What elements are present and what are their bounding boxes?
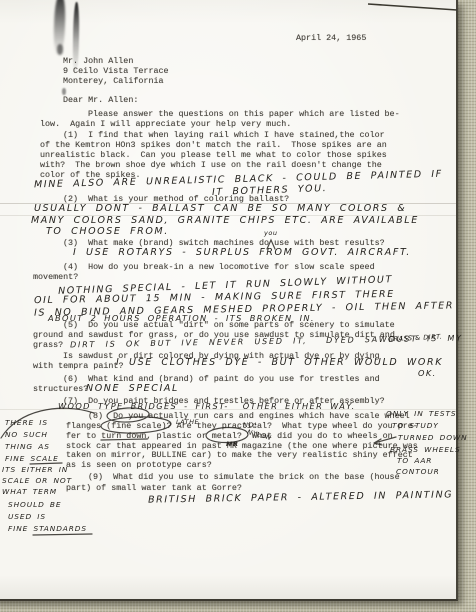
q1-line-1: (1) I find that when laying rail which I… [63,130,385,140]
margin-left-8: SHOULD BE [8,500,61,509]
margin-left-9: USED IS [8,512,46,521]
margin-left-10: FINE STANDARDS [8,524,87,533]
q8-line-6: as is seen on prototype cars? [66,460,212,470]
recipient-line-3: Monterey, California [63,76,164,86]
margin-left-3: THING AS [5,442,50,451]
overstrike-mr: MR [226,440,238,448]
letter-text-layer: April 24, 1965Mr. John Allen9 Ceilo Vist… [0,0,476,612]
margin-left-5: ITS EITHER IN [2,465,68,474]
answer-2-line-2: MANY COLORS SAND, GRANITE CHIPS ETC. ARE… [31,215,419,226]
margin-right-1: ONLY IN TESTS [386,409,456,418]
q8-line-2: flanges (fine scale)? Are they practical… [66,421,418,431]
answer-5b-ok: OK. [418,368,437,378]
answer-6: NONE SPECIAL [86,383,179,394]
margin-left-1: THERE IS [5,418,48,427]
scanned-letter: April 24, 1965Mr. John Allen9 Ceilo Vist… [0,0,476,612]
date: April 24, 1965 [296,33,366,43]
q9-line-1: (9) What did you use to simulate the bri… [88,472,400,482]
intro-line-2: low. Again I will appreciate your help v… [40,119,291,129]
recipient-line-2: 9 Ceilo Vista Terrace [63,66,169,76]
margin-right-5: TO AAR [397,456,432,465]
q6-line-2: structures? [33,384,88,394]
answer-2-line-1: USUALLY DONT - BALLAST CAN BE SO MANY CO… [34,203,406,214]
answer-2-line-3: TO CHOOSE FROM. [46,226,169,237]
q5-line-1: (5) Do you use actual "dirt" on some par… [63,320,395,330]
answer-7: WOOD TYPE BRIDGES - FIRST- OTHER EITHER … [58,401,356,411]
margin-right-2: TO STUDY [392,421,439,430]
answer-5b: I USE CLOTHES DYE - BUT OTHER WOULD WORK [116,357,443,368]
q8-line-1: (8) Do you actually run cars and engines… [88,411,410,421]
q5-line-3: grass? [33,340,63,350]
insert-you: you [264,229,277,237]
q1-line-4: with? The brown shoe dye which I use on … [40,160,382,170]
margin-left-6: SCALE OR NOT [2,476,72,485]
margin-left-4: FINE SCALE [5,454,59,463]
intro-line-1: Please answer the questions on this pape… [88,109,400,119]
answer-3: I USE ROTARYS - SURPLUS FROM GOVT. AIRCR… [73,247,411,258]
note-lathe: LATHE [176,418,199,426]
q8-line-5: taken on mirror, BULLINE car) to make th… [66,450,413,460]
q4-line-2: movement? [33,272,78,282]
margin-right-4: BRASS WHEELS [390,445,461,454]
salutation: Dear Mr. Allen: [63,95,138,105]
q5b-line-2: with tempra paint? [33,361,123,371]
margin-left-2: NO SUCH [5,430,48,439]
q4-line-1: (4) How do you break-in a new locomotive… [63,262,375,272]
margin-left-7: WHAT TERM [2,487,57,496]
q9-line-2: part) of small water tank at Gorre? [66,483,242,493]
q1-line-3: unrealistic black. Can you please tell m… [40,150,387,160]
q1-line-2: of the Kemtron HOn3 spikes don't match t… [40,140,387,150]
margin-right-6: CONTOUR [396,467,440,476]
margin-right-3: TURNED DOWN [398,433,468,442]
recipient-line-1: Mr. John Allen [63,56,133,66]
